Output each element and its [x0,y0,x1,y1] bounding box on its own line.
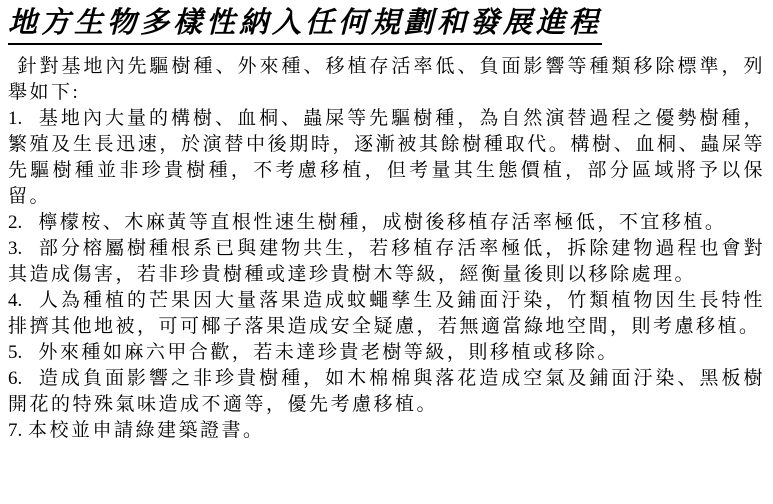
list-item-6-text: 造成負面影響之非珍貴樹種，如木棉棉與落花造成空氣及鋪面汙染、黑板樹開花的特殊氣味… [8,368,765,415]
list-item-6-number: 6. [8,368,22,389]
list-item-5: 5.外來種如麻六甲合歡，若未達珍貴老樹等級，則移植或移除。 [8,340,765,366]
list-item-5-text: 外來種如麻六甲合歡，若未達珍貴老樹等級，則移植或移除。 [38,342,619,363]
list-item-3: 3.部分榕屬樹種根系已與建物共生，若移植存活率極低，拆除建物過程也會對其造成傷害… [8,236,765,288]
list-item-6: 6.造成負面影響之非珍貴樹種，如木棉棉與落花造成空氣及鋪面汙染、黑板樹開花的特殊… [8,366,765,418]
intro-paragraph: 針對基地內先驅樹種、外來種、移植存活率低、負面影響等種類移除標準，列舉如下: [8,54,765,106]
list-item-1-text: 基地內大量的構樹、血桐、蟲屎等先驅樹種，為自然演替過程之優勢樹種，繁殖及生長迅速… [8,108,765,207]
page-title: 地方生物多樣性納入任何規劃和發展進程 [8,5,765,45]
list-item-4: 4.人為種植的芒果因大量落果造成蚊蠅孳生及鋪面汙染，竹類植物因生長特性排擠其他地… [8,288,765,340]
list-item-7: 7.本校並申請綠建築證書。 [8,418,765,444]
list-item-3-number: 3. [8,238,22,259]
list-item-5-number: 5. [8,342,22,363]
list-item-1: 1.基地內大量的構樹、血桐、蟲屎等先驅樹種，為自然演替過程之優勢樹種，繁殖及生長… [8,106,765,210]
list-item-7-number: 7. [8,420,22,441]
document-page: 地方生物多樣性納入任何規劃和發展進程 針對基地內先驅樹種、外來種、移植存活率低、… [0,0,773,504]
list-item-4-number: 4. [8,290,22,311]
list-item-3-text: 部分榕屬樹種根系已與建物共生，若移植存活率極低，拆除建物過程也會對其造成傷害，若… [8,238,765,285]
list-item-2-number: 2. [8,212,22,233]
list-item-1-number: 1. [8,108,22,129]
page-title-text: 地方生物多樣性納入任何規劃和發展進程 [8,5,602,45]
list-item-2-text: 檸檬桉、木麻黃等直根性速生樹種，成樹後移植存活率極低，不宜移植。 [38,212,726,233]
list-item-7-text: 本校並申請綠建築證書。 [28,420,265,441]
list-item-2: 2.檸檬桉、木麻黃等直根性速生樹種，成樹後移植存活率極低，不宜移植。 [8,210,765,236]
list-item-4-text: 人為種植的芒果因大量落果造成蚊蠅孳生及鋪面汙染，竹類植物因生長特性排擠其他地被，… [8,290,765,337]
